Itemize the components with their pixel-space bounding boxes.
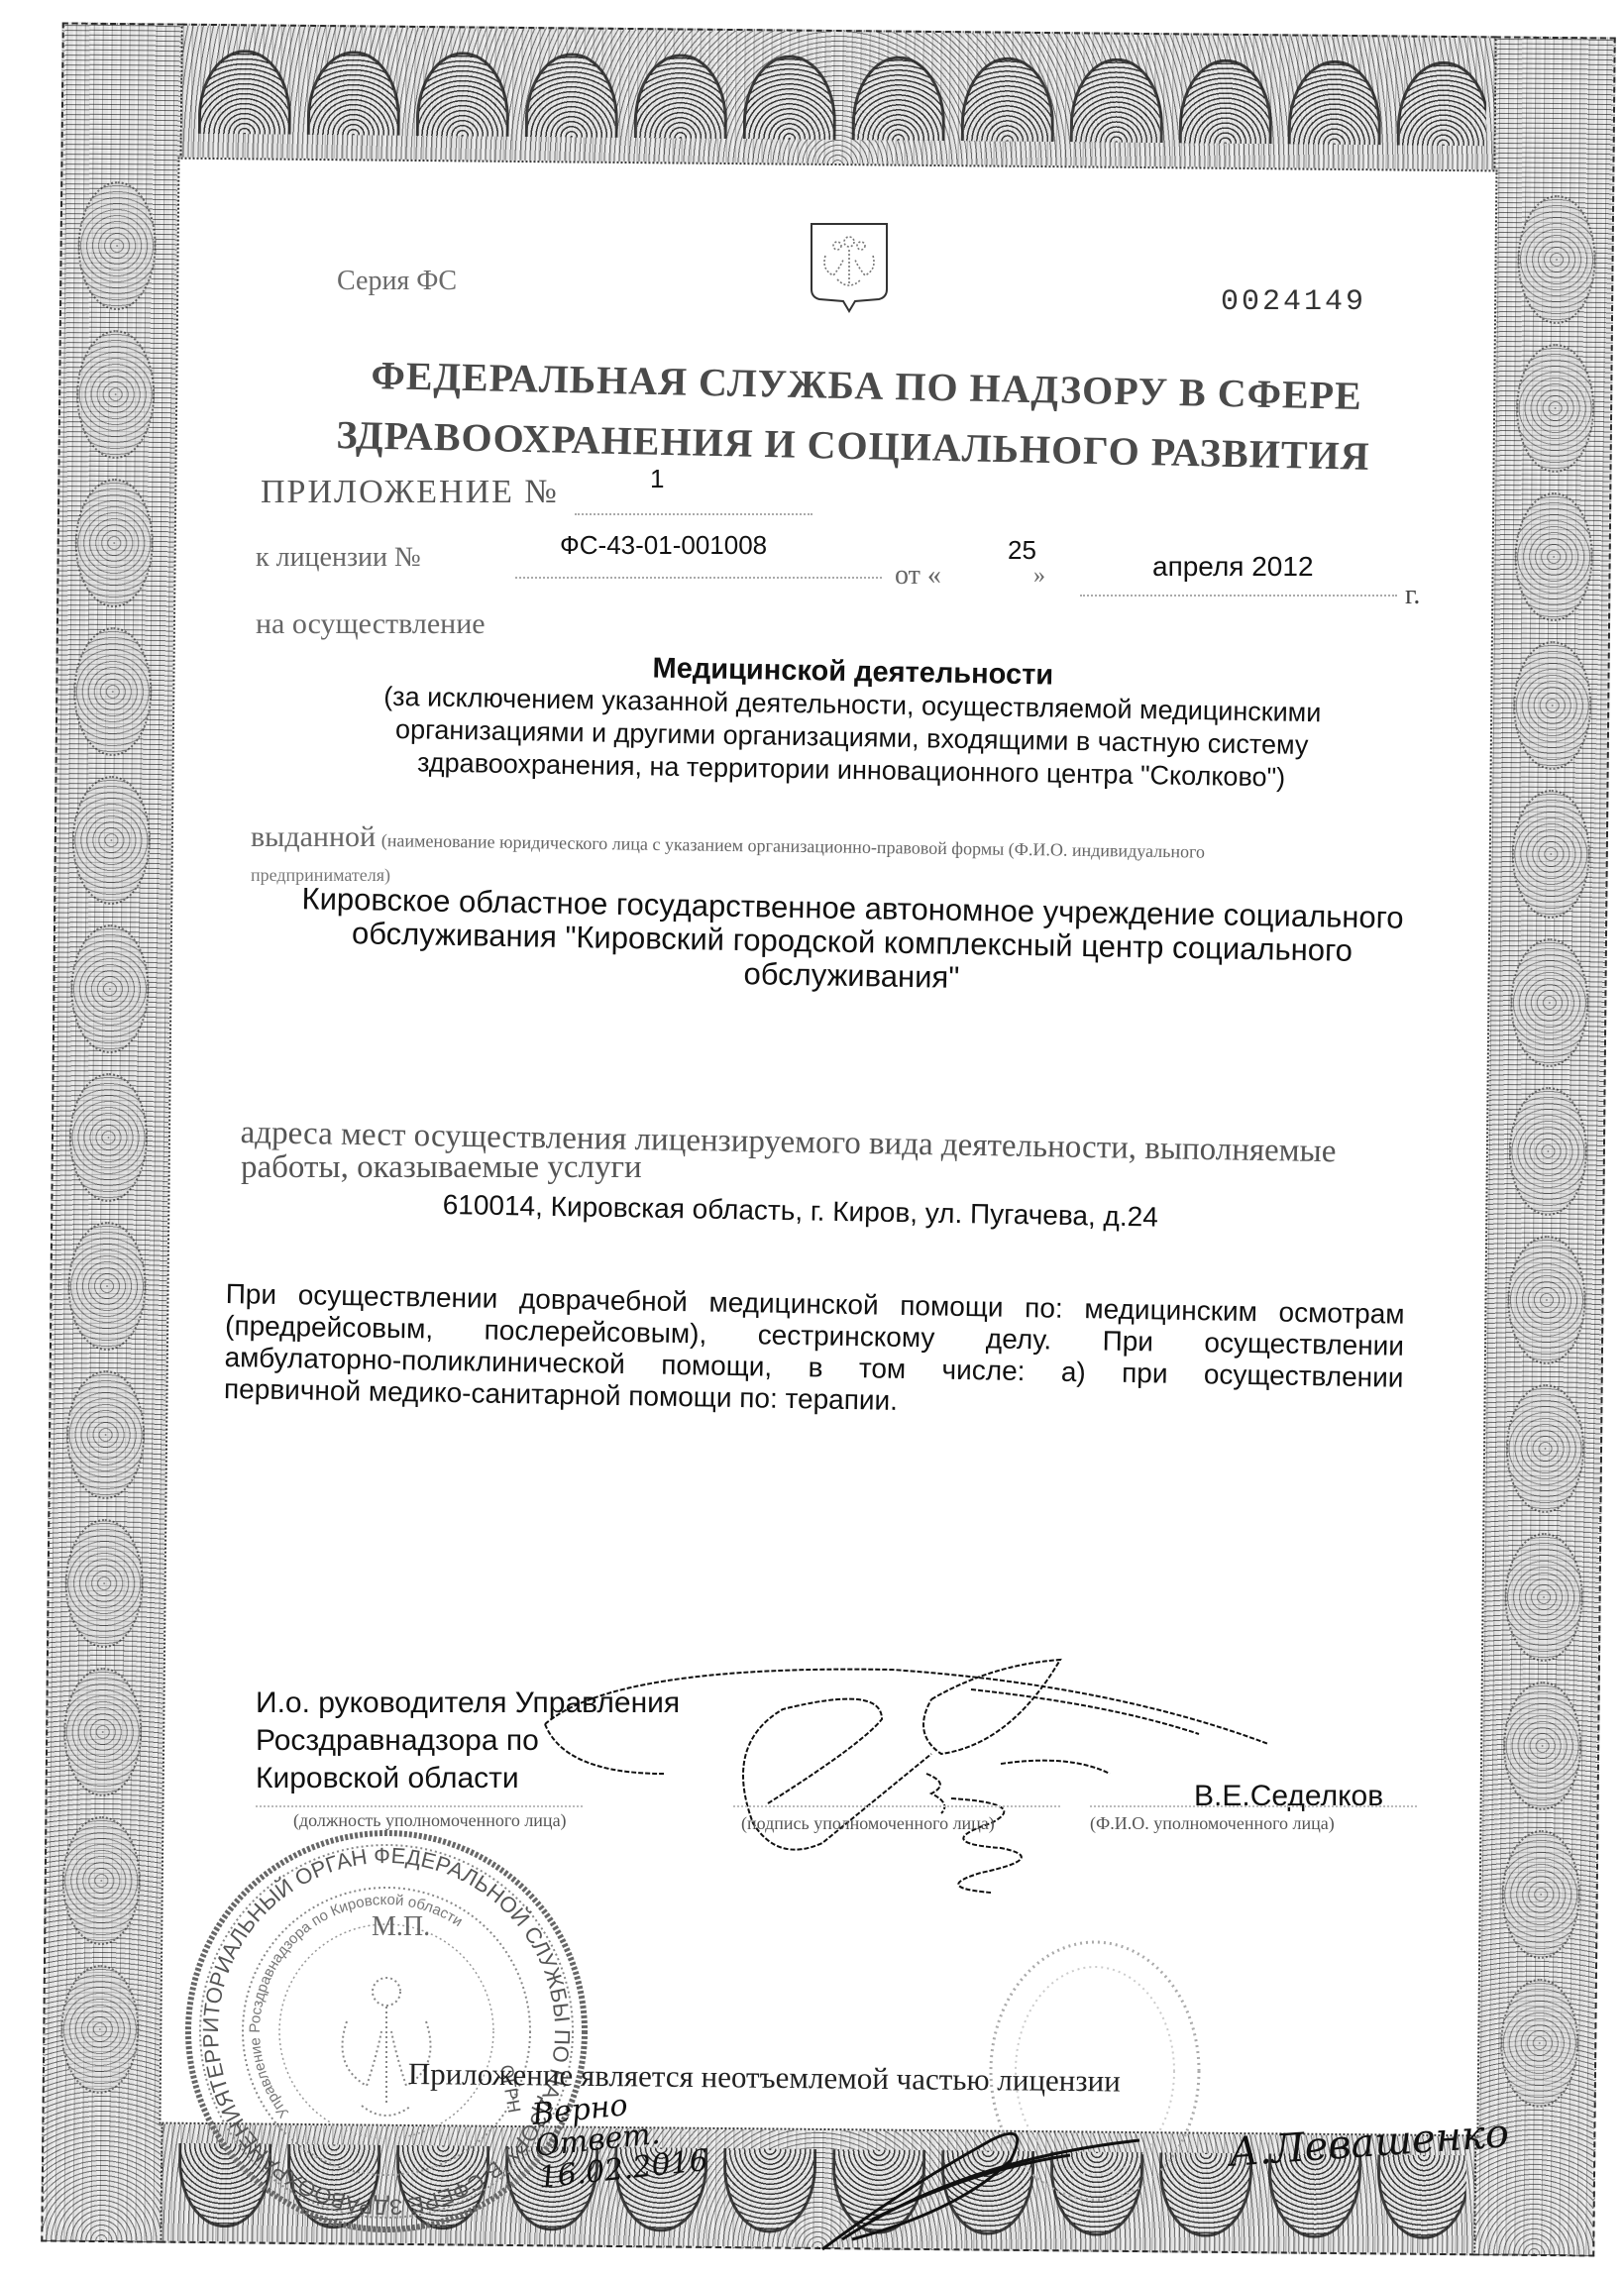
border-scallops-left (53, 171, 165, 2095)
position-underline (256, 1805, 583, 1807)
license-label: к лицензии № (256, 542, 421, 574)
services-description: При осуществлении доврачебной медицинско… (224, 1278, 1405, 1426)
licensed-activity: Медицинской деятельности (за исключением… (326, 647, 1378, 796)
handwritten-signature-bottom (812, 2101, 1169, 2264)
handwritten-signature (555, 1625, 1447, 1902)
caption-signature: (подпись уполномоченного лица) (741, 1813, 995, 1834)
appendix-label: ПРИЛОЖЕНИЕ № (261, 474, 559, 511)
signatory-position-line: Росздравнадзора по (256, 1722, 680, 1760)
russian-coat-of-arms-icon (808, 220, 891, 315)
border-scallops-right (1492, 185, 1605, 2109)
form-number: 0024149 (1221, 285, 1366, 319)
license-date-day: 25 (1008, 535, 1036, 566)
license-year-suffix: г. (1405, 580, 1420, 611)
appendix-number-underline (575, 513, 812, 515)
issued-to-label: выданной (251, 820, 376, 854)
official-seal-stamp: ТЕРРИТОРИАЛЬНЫЙ ОРГАН ФЕДЕРАЛЬНОЙ СЛУЖБЫ… (173, 1818, 599, 2244)
signature-underline (733, 1805, 1060, 1807)
license-date-from-label: от « (895, 560, 941, 592)
series-label: Серия ФС (337, 266, 457, 297)
license-number: ФС-43-01-001008 (560, 530, 767, 561)
border-scallops-top (190, 44, 1487, 151)
footer-note: Приложение является неотъемлемой частью … (408, 2056, 1121, 2100)
handwritten-certification: Верно Ответ. 16.02.2016 (530, 2082, 709, 2194)
caption-fio: (Ф.И.О. уполномоченного лица) (1090, 1813, 1335, 1834)
signatory-position-line: И.о. руководителя Управления (256, 1684, 680, 1722)
signatory-position: И.о. руководителя Управления Росздравнад… (256, 1684, 680, 1797)
appendix-number: 1 (650, 464, 664, 494)
address-label-cont: работы, оказываемые услуги (241, 1149, 642, 1186)
signatory-name: В.Е.Седелков (1194, 1780, 1383, 1813)
seal-outer-text: ТЕРРИТОРИАЛЬНЫЙ ОРГАН ФЕДЕРАЛЬНОЙ СЛУЖБЫ… (99, 1748, 628, 2282)
organization-name: Кировское областное государственное авто… (257, 882, 1448, 1004)
stamp-mark: М.П. (372, 1911, 430, 1942)
svg-text:ТЕРРИТОРИАЛЬНЫЙ ОРГАН ФЕДЕРАЛЬ: ТЕРРИТОРИАЛЬНЫЙ ОРГАН ФЕДЕРАЛЬНОЙ СЛУЖБЫ… (99, 1748, 628, 2282)
license-date-underline (1080, 595, 1397, 597)
license-date-month-year: апреля 2012 (1152, 551, 1314, 583)
fio-underline (1090, 1805, 1417, 1807)
purpose-label: на осуществление (256, 607, 486, 641)
signatory-position-line: Кировской области (256, 1760, 680, 1797)
license-number-underline (515, 577, 882, 579)
license-date-close-quote: » (1033, 563, 1045, 590)
